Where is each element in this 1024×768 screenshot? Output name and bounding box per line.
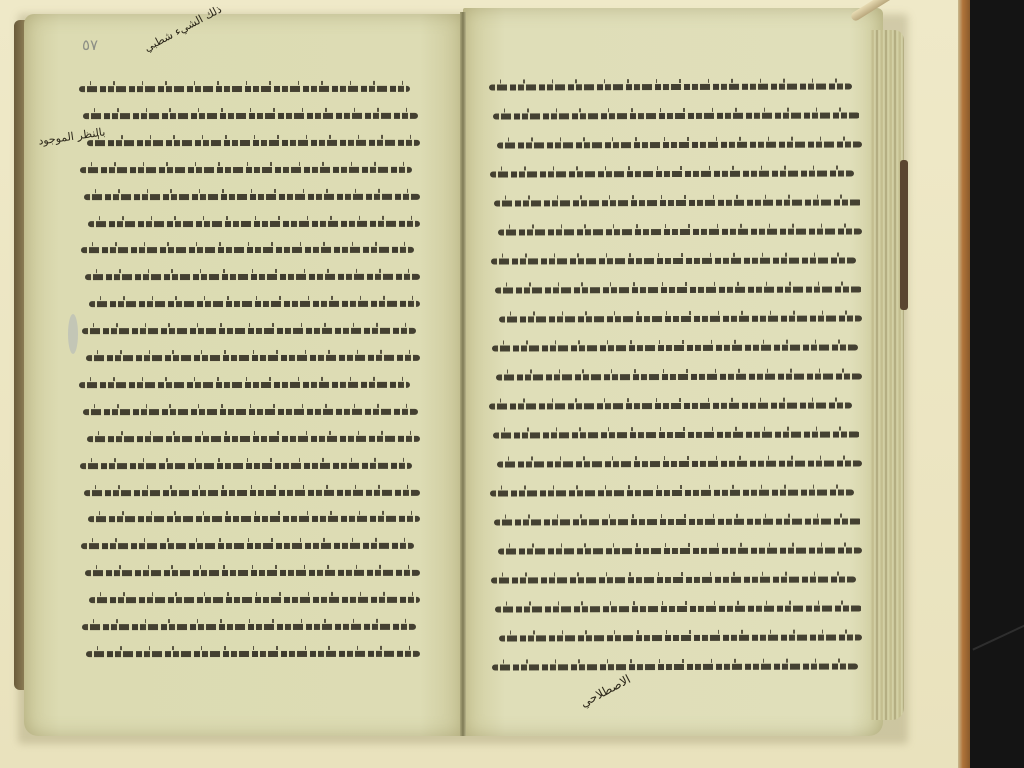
manuscript-line: [87, 140, 420, 146]
manuscript-line: [88, 220, 420, 226]
manuscript-line: [88, 516, 420, 522]
manuscript-line: [489, 83, 852, 90]
manuscript-line: [493, 112, 860, 119]
floor-seam: [972, 623, 1024, 650]
manuscript-line: [494, 518, 862, 525]
manuscript-line: [85, 274, 420, 280]
wooden-table-edge: [958, 0, 970, 768]
manuscript-line: [494, 199, 862, 206]
dark-background: [970, 0, 1024, 768]
manuscript-line: [497, 460, 862, 467]
manuscript-line: [498, 228, 862, 235]
manuscript-line: [82, 624, 416, 630]
right-fore-edge: [870, 30, 904, 720]
manuscript-line: [84, 193, 420, 199]
manuscript-line: [81, 543, 414, 549]
manuscript-line: [83, 113, 418, 119]
manuscript-line: [85, 570, 420, 576]
manuscript-line: [492, 344, 858, 351]
manuscript-line: [80, 167, 412, 173]
manuscript-line: [490, 170, 854, 177]
manuscript-line: [79, 86, 410, 92]
manuscript-line: [499, 315, 862, 322]
manuscript-line: [498, 547, 862, 554]
manuscript-line: [82, 328, 416, 334]
manuscript-line: [87, 436, 420, 442]
manuscript-line: [83, 409, 418, 415]
manuscript-line: [490, 489, 854, 496]
manuscript-line: [86, 651, 420, 657]
manuscript-line: [79, 382, 410, 388]
manuscript-line: [495, 605, 862, 612]
manuscript-line: [80, 462, 412, 468]
book-gutter: [460, 12, 466, 736]
folio-number: ٥٧: [82, 36, 98, 54]
manuscript-line: [496, 373, 862, 380]
manuscript-line: [89, 597, 420, 603]
manuscript-line: [493, 431, 860, 438]
manuscript-line: [89, 301, 420, 307]
manuscript-line: [495, 286, 862, 293]
manuscript-line: [84, 489, 420, 495]
manuscript-line: [491, 576, 856, 583]
manuscript-line: [86, 355, 420, 361]
manuscript-line: [491, 257, 856, 264]
manuscript-line: [497, 141, 862, 148]
manuscript-line: [492, 663, 858, 670]
manuscript-line: [489, 402, 852, 409]
edge-stain: [900, 160, 908, 310]
manuscript-line: [81, 247, 414, 253]
manuscript-line: [499, 634, 862, 641]
paper-stain: [68, 314, 78, 354]
